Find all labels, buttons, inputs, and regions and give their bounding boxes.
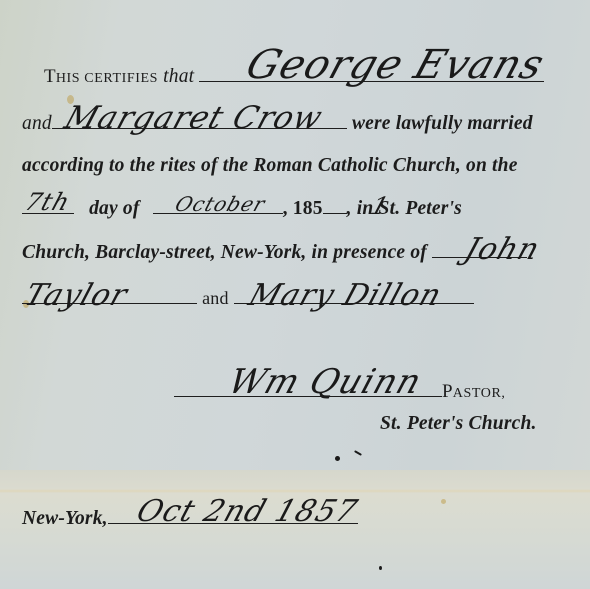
certificate-line-5: Church, Barclay-street, New-York, in pre… bbox=[22, 242, 527, 264]
bride-name-handwriting: Margaret Crow bbox=[60, 100, 327, 136]
married-label: were lawfully married bbox=[352, 113, 533, 134]
and-label: and bbox=[202, 288, 229, 308]
month-handwriting: October bbox=[172, 192, 269, 216]
pastor-title-small: ASTOR, bbox=[453, 386, 506, 401]
year-prefix: , 185 bbox=[283, 198, 323, 219]
ink-dot bbox=[354, 450, 362, 456]
ink-dot bbox=[335, 456, 340, 461]
witness1-last-handwriting: Taylor bbox=[20, 278, 132, 313]
witness2-handwriting: Mary Dillon bbox=[244, 278, 446, 313]
year-field[interactable] bbox=[323, 212, 347, 214]
certificate-line-3: according to the rites of the Roman Cath… bbox=[22, 155, 518, 177]
church-label: , in St. Peter's bbox=[347, 198, 462, 219]
and-label: and bbox=[22, 113, 52, 134]
ink-dot bbox=[379, 566, 382, 570]
stain-mark bbox=[441, 499, 446, 504]
italic-text: that bbox=[163, 66, 194, 87]
church-name: St. Peter's Church. bbox=[380, 413, 537, 435]
small-caps-text: HIS CERTIFIES bbox=[56, 71, 158, 86]
groom-name-handwriting: George Evans bbox=[241, 42, 551, 88]
pastor-signature-handwriting: Wm Quinn bbox=[224, 362, 427, 402]
day-label: day of bbox=[89, 198, 139, 219]
date-handwriting: Oct 2nd 1857 bbox=[132, 494, 362, 529]
caps-text: T bbox=[44, 66, 56, 87]
paper-fold-crease bbox=[0, 489, 590, 493]
witness1-first-handwriting: John bbox=[460, 232, 544, 267]
church-address-text: Church, Barclay-street, New-York, in pre… bbox=[22, 242, 427, 263]
day-handwriting: 7th bbox=[21, 188, 73, 216]
pastor-title-caps: P bbox=[442, 381, 453, 402]
place-label: New-York, bbox=[22, 508, 108, 529]
